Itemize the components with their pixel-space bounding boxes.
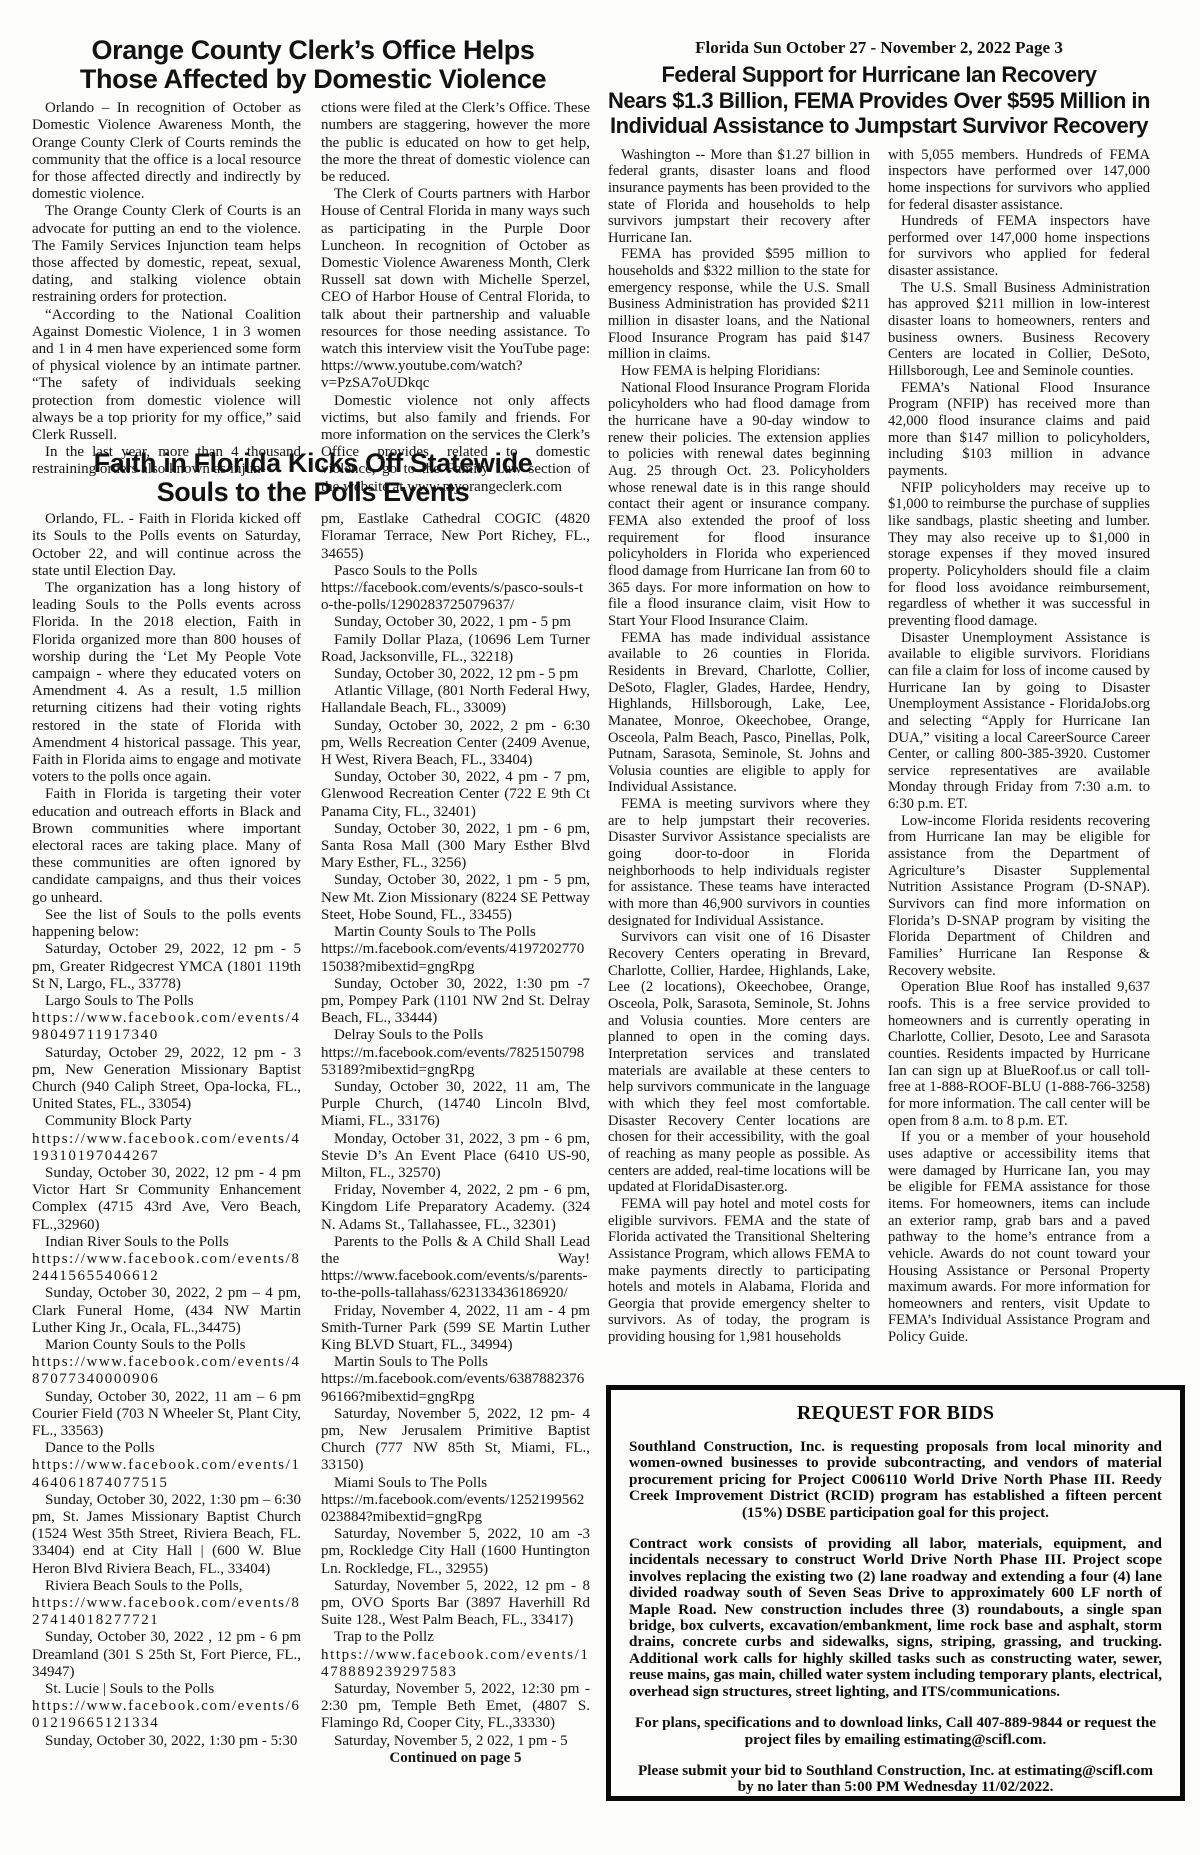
event-url: https://www.facebook.com/events/48707734… bbox=[32, 1354, 301, 1388]
paragraph: Family Dollar Plaza, (10696 Lem Turner R… bbox=[321, 632, 590, 666]
paragraph: Faith in Florida is targeting their vote… bbox=[32, 786, 301, 906]
paragraph: FEMA has provided $595 million to househ… bbox=[608, 246, 870, 363]
paragraph: Saturday, October 29, 2022, 12 pm - 5 pm… bbox=[32, 941, 301, 993]
article-souls-to-the-polls: Faith in Florida Kicks Off Statewide Sou… bbox=[32, 449, 594, 1767]
paragraph: Orlando – In recognition of October as D… bbox=[32, 100, 301, 203]
paragraph: Sunday, October 30, 2022, 12 pm - 5 pm bbox=[321, 666, 590, 683]
paragraph: Sunday, October 30, 2022, 2 pm – 4 pm, C… bbox=[32, 1285, 301, 1337]
paragraph: Disaster Unemployment Assistance is avai… bbox=[888, 630, 1150, 813]
event-url: https://www.facebook.com/events/14640618… bbox=[32, 1457, 301, 1491]
title-line: Individual Assistance to Jumpstart Survi… bbox=[608, 113, 1150, 139]
paragraph: Monday, October 31, 2022, 3 pm - 6 pm, S… bbox=[321, 1131, 590, 1183]
paragraph: pm, Eastlake Cathedral COGIC (4820 Flora… bbox=[321, 511, 590, 563]
article-domestic-violence-title: Orange County Clerk’s Office Helps Those… bbox=[32, 36, 594, 93]
event-url: https://m.facebook.com/events/7825150798… bbox=[321, 1045, 590, 1079]
paragraph: Washington -- More than $1.27 billion in… bbox=[608, 147, 870, 247]
paragraph: How FEMA is helping Floridians: bbox=[608, 363, 870, 380]
paragraph: FEMA is meeting survivors where they are… bbox=[608, 796, 870, 929]
paragraph: Atlantic Village, (801 North Federal Hwy… bbox=[321, 683, 590, 717]
paragraph: Operation Blue Roof has installed 9,637 … bbox=[888, 979, 1150, 1129]
paragraph: Sunday, October 30, 2022, 1 pm - 5 pm bbox=[321, 614, 590, 631]
paragraph: Martin County Souls to The Polls bbox=[321, 924, 590, 941]
paragraph: Dance to the Polls bbox=[32, 1440, 301, 1457]
paragraph: Friday, November 4, 2022, 11 am - 4 pm S… bbox=[321, 1303, 590, 1355]
paragraph: Riviera Beach Souls to the Polls, bbox=[32, 1578, 301, 1595]
paragraph: Sunday, October 30, 2022, 12 pm - 4 pm V… bbox=[32, 1165, 301, 1234]
paragraph: Sunday, October 30, 2022, 2 pm - 6:30 pm… bbox=[321, 718, 590, 770]
event-url: https://www.facebook.com/events/82741401… bbox=[32, 1595, 301, 1629]
column-1: Orlando, FL. - Faith in Florida kicked o… bbox=[32, 511, 301, 1767]
title-line: Souls to the Polls Events bbox=[32, 478, 594, 507]
article-body: Washington -- More than $1.27 billion in… bbox=[608, 147, 1150, 1346]
paragraph: Saturday, November 5, 2022, 12:30 pm - 2… bbox=[321, 1681, 590, 1733]
bids-title: REQUEST FOR BIDS bbox=[629, 1402, 1162, 1425]
paragraph: Sunday, October 30, 2022, 11 am – 6 pm C… bbox=[32, 1389, 301, 1441]
article-souls-title: Faith in Florida Kicks Off Statewide Sou… bbox=[32, 449, 594, 506]
article-domestic-violence: Orange County Clerk’s Office Helps Those… bbox=[32, 36, 594, 496]
paragraph: Martin Souls to The Polls bbox=[321, 1354, 590, 1371]
paragraph: The organization has a long history of l… bbox=[32, 580, 301, 786]
article-body: Orlando – In recognition of October as D… bbox=[32, 100, 594, 496]
paragraph: Saturday, November 5, 2 022, 1 pm - 5 bbox=[321, 1733, 590, 1750]
paragraph: FEMA will pay hotel and motel costs for … bbox=[608, 1196, 870, 1346]
paragraph: Sunday, October 30, 2022, 1 pm - 6 pm, S… bbox=[321, 821, 590, 873]
paragraph: Largo Souls to The Polls bbox=[32, 993, 301, 1010]
event-url: https://facebook.com/events/s/pasco-soul… bbox=[321, 580, 590, 614]
paragraph: Friday, November 4, 2022, 2 pm - 6 pm, K… bbox=[321, 1182, 590, 1234]
paragraph: Sunday, October 30, 2022, 11 am, The Pur… bbox=[321, 1079, 590, 1131]
paragraph: The Orange County Clerk of Courts is an … bbox=[32, 203, 301, 306]
paragraph: NFIP policyholders may receive up to $1,… bbox=[888, 480, 1150, 630]
paragraph: Parents to the Polls & A Child Shall Lea… bbox=[321, 1234, 590, 1303]
paragraph: Southland Construction, Inc. is requesti… bbox=[629, 1439, 1162, 1521]
event-url: https://www.facebook.com/events/60121966… bbox=[32, 1698, 301, 1732]
paragraph: Saturday, October 29, 2022, 12 pm - 3 pm… bbox=[32, 1045, 301, 1114]
column-1: Washington -- More than $1.27 billion in… bbox=[608, 147, 870, 1346]
paragraph: Sunday, October 30, 2022, 1:30 pm -7 pm,… bbox=[321, 976, 590, 1028]
event-url: https://m.facebook.com/events/4197202770… bbox=[321, 941, 590, 975]
paragraph: Miami Souls to The Polls bbox=[321, 1475, 590, 1492]
paragraph: Contract work consists of providing all … bbox=[629, 1536, 1162, 1700]
paragraph: Marion County Souls to the Polls bbox=[32, 1337, 301, 1354]
event-url: https://www.facebook.com/events/41931019… bbox=[32, 1131, 301, 1165]
paragraph: Sunday, October 30, 2022, 1 pm - 5 pm, N… bbox=[321, 872, 590, 924]
paragraph: Sunday, October 30, 2022, 1:30 pm – 6:30… bbox=[32, 1492, 301, 1578]
article-fema-title: Federal Support for Hurricane Ian Recove… bbox=[608, 62, 1150, 139]
paragraph: National Flood Insurance Program Florida… bbox=[608, 380, 870, 630]
paragraph: Indian River Souls to the Polls bbox=[32, 1234, 301, 1251]
masthead: Florida Sun October 27 - November 2, 202… bbox=[608, 38, 1150, 58]
paragraph: FEMA has made individual assistance avai… bbox=[608, 630, 870, 797]
event-url: https://www.facebook.com/events/14788892… bbox=[321, 1647, 590, 1681]
paragraph: Sunday, October 30, 2022, 4 pm - 7 pm, G… bbox=[321, 769, 590, 821]
paragraph: Low-income Florida residents recovering … bbox=[888, 813, 1150, 980]
request-for-bids-notice: REQUEST FOR BIDS Southland Construction,… bbox=[606, 1385, 1185, 1801]
paragraph: The U.S. Small Business Administration h… bbox=[888, 280, 1150, 380]
paragraph: Hundreds of FEMA inspectors have perform… bbox=[888, 213, 1150, 280]
paragraph: Sunday, October 30, 2022 , 12 pm - 6 pm … bbox=[32, 1629, 301, 1681]
title-line: Those Affected by Domestic Violence bbox=[32, 65, 594, 94]
paragraph: See the list of Souls to the polls event… bbox=[32, 907, 301, 941]
title-line: Nears $1.3 Billion, FEMA Provides Over $… bbox=[608, 88, 1150, 114]
paragraph: ctions were filed at the Clerk’s Office.… bbox=[321, 100, 590, 186]
paragraph: Orlando, FL. - Faith in Florida kicked o… bbox=[32, 511, 301, 580]
event-url: https://www.facebook.com/events/82441565… bbox=[32, 1251, 301, 1285]
paragraph: Trap to the Pollz bbox=[321, 1629, 590, 1646]
paragraph: FEMA’s National Flood Insurance Program … bbox=[888, 380, 1150, 480]
paragraph: Pasco Souls to the Polls bbox=[321, 563, 590, 580]
paragraph: For plans, specifications and to downloa… bbox=[629, 1715, 1162, 1748]
title-line: Federal Support for Hurricane Ian Recove… bbox=[608, 62, 1150, 88]
column-2: with 5,055 members. Hundreds of FEMA ins… bbox=[888, 147, 1150, 1346]
column-2: ctions were filed at the Clerk’s Office.… bbox=[321, 100, 590, 496]
event-url: https://www.facebook.com/events/49804971… bbox=[32, 1010, 301, 1044]
paragraph: Saturday, November 5, 2022, 12 pm- 4 pm,… bbox=[321, 1406, 590, 1475]
column-1: Orlando – In recognition of October as D… bbox=[32, 100, 301, 496]
title-line: Faith in Florida Kicks Off Statewide bbox=[32, 449, 594, 478]
paragraph: Community Block Party bbox=[32, 1113, 301, 1130]
paragraph: Delray Souls to the Polls bbox=[321, 1027, 590, 1044]
paragraph: The Clerk of Courts partners with Harbor… bbox=[321, 186, 590, 392]
bids-body: Southland Construction, Inc. is requesti… bbox=[629, 1439, 1162, 1796]
paragraph: Continued on page 5 bbox=[321, 1750, 590, 1767]
paragraph: If you or a member of your household use… bbox=[888, 1129, 1150, 1346]
right-page-region: Florida Sun October 27 - November 2, 202… bbox=[608, 38, 1150, 1346]
paragraph: “According to the National Coalition Aga… bbox=[32, 307, 301, 445]
event-url: https://m.facebook.com/events/6387882376… bbox=[321, 1371, 590, 1405]
newspaper-page: { "masthead": "Florida Sun October 27 - … bbox=[0, 0, 1200, 1855]
paragraph: Saturday, November 5, 2022, 10 am -3 pm,… bbox=[321, 1526, 590, 1578]
column-2: pm, Eastlake Cathedral COGIC (4820 Flora… bbox=[321, 511, 590, 1767]
paragraph: Please submit your bid to Southland Cons… bbox=[629, 1763, 1162, 1796]
paragraph: Saturday, November 5, 2022, 12 pm - 8 pm… bbox=[321, 1578, 590, 1630]
title-line: Orange County Clerk’s Office Helps bbox=[32, 36, 594, 65]
paragraph: St. Lucie | Souls to the Polls bbox=[32, 1681, 301, 1698]
event-url: https://m.facebook.com/events/1252199562… bbox=[321, 1492, 590, 1526]
paragraph: with 5,055 members. Hundreds of FEMA ins… bbox=[888, 147, 1150, 214]
article-body: Orlando, FL. - Faith in Florida kicked o… bbox=[32, 511, 594, 1767]
paragraph: Survivors can visit one of 16 Disaster R… bbox=[608, 929, 870, 1196]
paragraph: Sunday, October 30, 2022, 1:30 pm - 5:30 bbox=[32, 1733, 301, 1750]
